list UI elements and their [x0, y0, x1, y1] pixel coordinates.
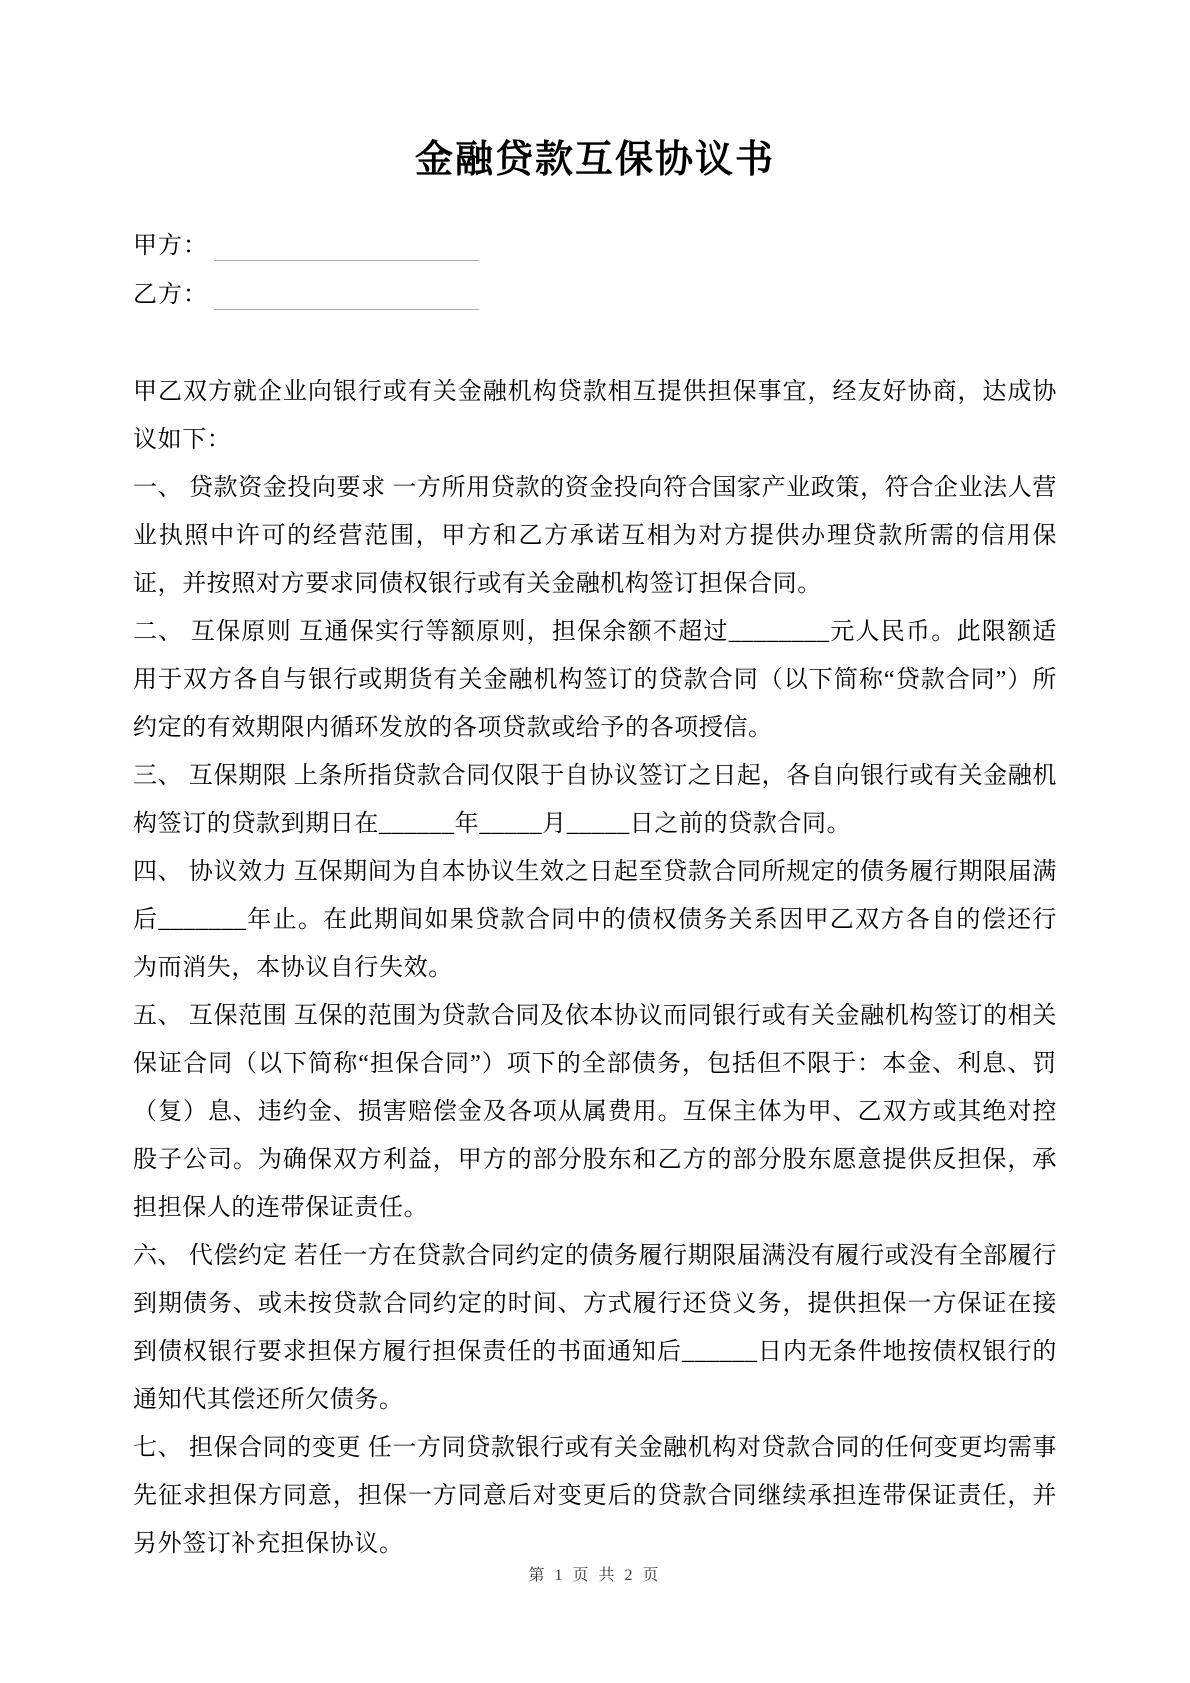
party-b-label: 乙方：: [133, 280, 208, 310]
party-a-blank-line: [214, 231, 479, 261]
clause-3: 三、 互保期限 上条所指贷款合同仅限于自协议签订之日起，各自向银行或有关金融机构…: [133, 752, 1057, 848]
parties-section: 甲方： 乙方：: [133, 212, 1057, 310]
clause-1: 一、 贷款资金投向要求 一方所用贷款的资金投向符合国家产业政策，符合企业法人营业…: [133, 464, 1057, 608]
clause-5: 五、 互保范围 互保的范围为贷款合同及依本协议而同银行或有关金融机构签订的相关保…: [133, 992, 1057, 1232]
clause-6: 六、 代偿约定 若任一方在贷款合同约定的债务履行期限届满没有履行或没有全部履行到…: [133, 1232, 1057, 1424]
party-a-label: 甲方：: [133, 231, 208, 261]
intro-paragraph: 甲乙双方就企业向银行或有关金融机构贷款相互提供担保事宜，经友好协商，达成协议如下…: [133, 368, 1057, 464]
clause-7: 七、 担保合同的变更 任一方同贷款银行或有关金融机构对贷款合同的任何变更均需事先…: [133, 1424, 1057, 1568]
document-title: 金融贷款互保协议书: [133, 138, 1057, 184]
party-b-row: 乙方：: [133, 261, 1057, 310]
clause-2: 二、 互保原则 互通保实行等额原则，担保余额不超过________元人民币。此限…: [133, 608, 1057, 752]
document-content: 金融贷款互保协议书 甲方： 乙方： 甲乙双方就企业向银行或有关金融机构贷款相互提…: [0, 0, 1190, 1568]
document-page: 金融贷款互保协议书 甲方： 乙方： 甲乙双方就企业向银行或有关金融机构贷款相互提…: [0, 0, 1190, 1683]
agreement-body: 甲乙双方就企业向银行或有关金融机构贷款相互提供担保事宜，经友好协商，达成协议如下…: [133, 368, 1057, 1568]
page-number-footer: 第 1 页 共 2 页: [0, 1562, 1190, 1585]
party-a-row: 甲方：: [133, 212, 1057, 261]
clause-4: 四、 协议效力 互保期间为自本协议生效之日起至贷款合同所规定的债务履行期限届满后…: [133, 848, 1057, 992]
party-b-blank-line: [214, 280, 479, 310]
